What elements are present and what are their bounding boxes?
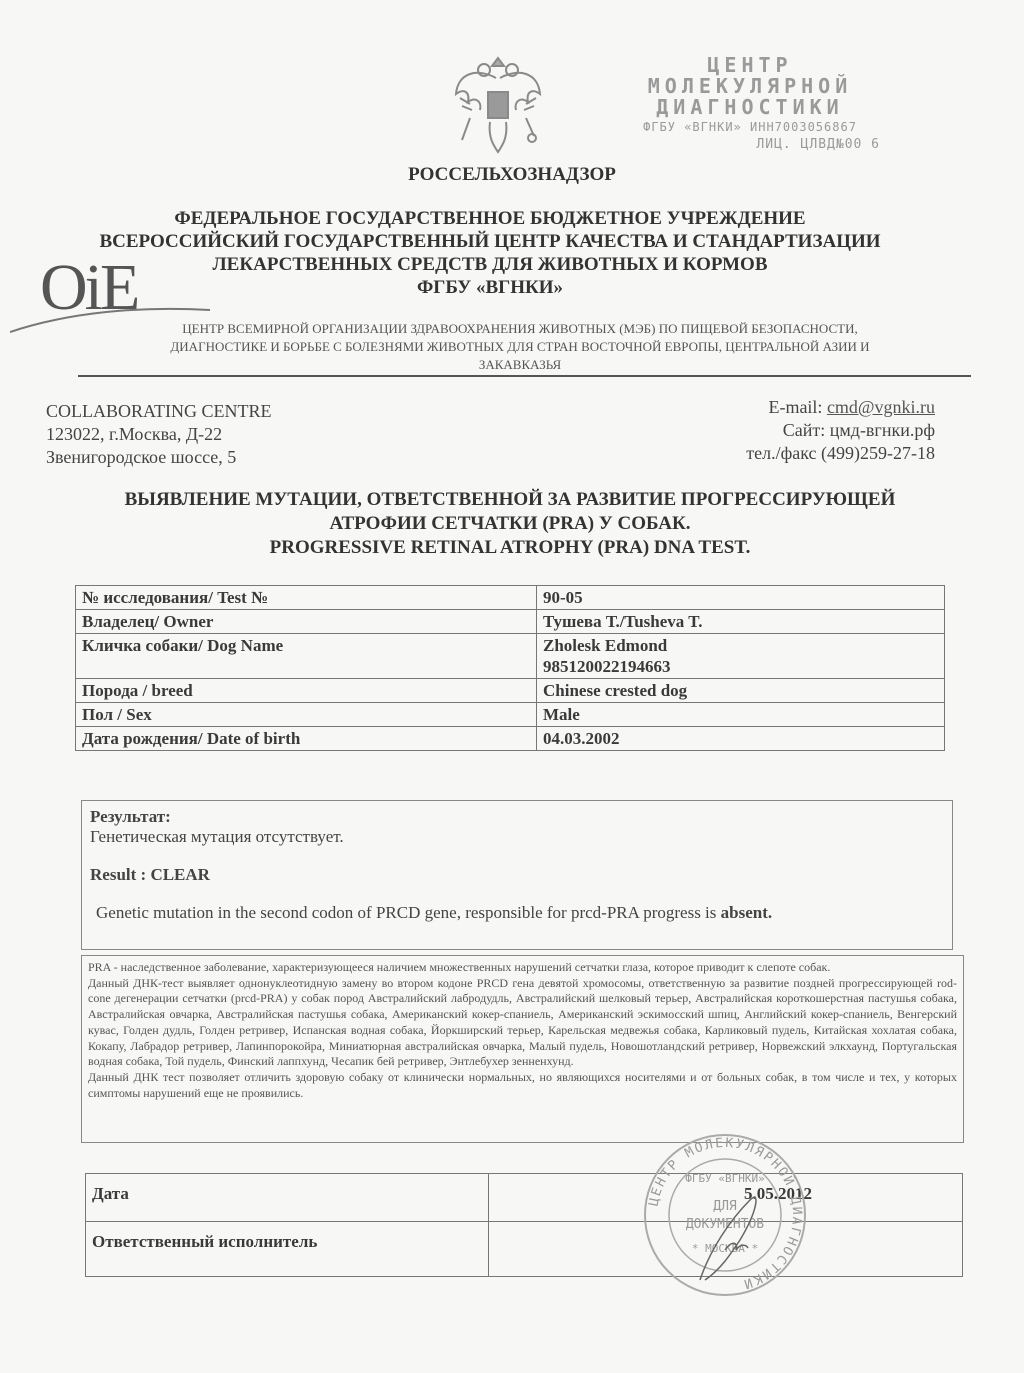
stamp-license: ЛИЦ. ЦЛВД№00 6 (600, 136, 900, 154)
table-row: Пол / SexMale (76, 703, 945, 727)
dog-info-table: № исследования/ Test №90-05 Владелец/ Ow… (75, 585, 945, 751)
center-molecular-diagnostics-stamp: ЦЕНТР МОЛЕКУЛЯРНОЙ ДИАГНОСТИКИ ФГБУ «ВГН… (600, 55, 900, 154)
result-text-en-body: Genetic mutation in the second codon of … (96, 903, 721, 922)
email-link[interactable]: cmd@vgnki.ru (827, 397, 935, 417)
institution-line: ВСЕРОССИЙСКИЙ ГОСУДАРСТВЕННЫЙ ЦЕНТР КАЧЕ… (40, 230, 940, 253)
email-label: E-mail: (768, 397, 826, 417)
svg-text:ДЛЯ: ДЛЯ (713, 1199, 737, 1214)
dob-value: 04.03.2002 (537, 727, 945, 751)
result-text-en-bold: absent. (721, 903, 772, 922)
dog-microchip: 985120022194663 (543, 656, 938, 677)
address-block: COLLABORATING CENTRE 123022, г.Москва, Д… (46, 400, 272, 469)
sex-label: Пол / Sex (76, 703, 537, 727)
result-box: Результат: Генетическая мутация отсутств… (81, 800, 953, 950)
table-row: Владелец/ OwnerТушева Т./Tusheva T. (76, 610, 945, 634)
date-label: Дата (86, 1174, 489, 1222)
owner-label: Владелец/ Owner (76, 610, 537, 634)
email-row: E-mail: cmd@vgnki.ru (640, 396, 935, 419)
executor-label: Ответственный исполнитель (86, 1222, 489, 1277)
stamp-line: ДИАГНОСТИКИ (600, 97, 900, 118)
sex-value: Male (537, 703, 945, 727)
result-label-ru: Результат: (90, 807, 944, 827)
phone-fax: тел./факс (499)259-27-18 (640, 442, 935, 465)
result-text-ru: Генетическая мутация отсутствует. (90, 827, 944, 847)
title-line: PROGRESSIVE RETINAL ATROPHY (PRA) DNA TE… (40, 536, 980, 560)
agency-name: РОССЕЛЬХОЗНАДЗОР (0, 164, 1024, 186)
contacts-block: E-mail: cmd@vgnki.ru Сайт: цмд-вгнки.рф … (640, 396, 935, 465)
seal-icon: ЦЕНТР МОЛЕКУЛЯРНОЙ ДИАГНОСТИКИ ДЛЯ ДОКУМ… (640, 1130, 810, 1300)
table-row: Порода / breedChinese crested dog (76, 679, 945, 703)
note-paragraph: PRA - наследственное заболевание, характ… (88, 960, 957, 976)
test-number-value: 90-05 (537, 586, 945, 610)
address-line: 123022, г.Москва, Д-22 (46, 423, 272, 446)
note-paragraph: Данный ДНК-тест выявляет однонуклеотидну… (88, 976, 957, 1070)
result-status: Result : CLEAR (90, 865, 944, 885)
stamp-line: МОЛЕКУЛЯРНОЙ (600, 76, 900, 97)
dog-name: Zholesk Edmond (543, 635, 938, 656)
dog-name-label: Кличка собаки/ Dog Name (76, 634, 537, 679)
title-line: АТРОФИИ СЕТЧАТКИ (PRA) У СОБАК. (40, 512, 980, 536)
pra-note-box: PRA - наследственное заболевание, характ… (81, 955, 964, 1143)
note-paragraph: Данный ДНК тест позволяет отличить здоро… (88, 1070, 957, 1101)
oie-center-description: ЦЕНТР ВСЕМИРНОЙ ОРГАНИЗАЦИИ ЗДРАВООХРАНЕ… (60, 320, 980, 374)
signature-table: Дата5.05.2012 Ответственный исполнитель (85, 1173, 963, 1277)
document-title: ВЫЯВЛЕНИЕ МУТАЦИИ, ОТВЕТСТВЕННОЙ ЗА РАЗВ… (40, 488, 980, 560)
table-row: Дата5.05.2012 (86, 1174, 963, 1222)
breed-label: Порода / breed (76, 679, 537, 703)
oie-logo: OiE (40, 258, 200, 328)
owner-value: Тушева Т./Tusheva T. (537, 610, 945, 634)
stamp-inn: ФГБУ «ВГНКИ» ИНН7003056867 (600, 118, 900, 136)
svg-text:ФГБУ «ВГНКИ»: ФГБУ «ВГНКИ» (685, 1172, 764, 1185)
svg-text:* МОСКВА *: * МОСКВА * (692, 1242, 758, 1255)
round-seal-stamp: ЦЕНТР МОЛЕКУЛЯРНОЙ ДИАГНОСТИКИ ДЛЯ ДОКУМ… (640, 1130, 810, 1300)
russian-coat-of-arms-icon (448, 48, 548, 160)
test-number-label: № исследования/ Test № (76, 586, 537, 610)
dob-label: Дата рождения/ Date of birth (76, 727, 537, 751)
description-line: ЗАКАВКАЗЬЯ (60, 356, 980, 374)
website: Сайт: цмд-вгнки.рф (640, 419, 935, 442)
result-text-en: Genetic mutation in the second codon of … (90, 903, 944, 923)
header-divider (78, 375, 971, 377)
address-line: COLLABORATING CENTRE (46, 400, 272, 423)
description-line: ДИАГНОСТИКЕ И БОРЬБЕ С БОЛЕЗНЯМИ ЖИВОТНЫ… (60, 338, 980, 356)
address-line: Звенигородское шоссе, 5 (46, 446, 272, 469)
table-row: № исследования/ Test №90-05 (76, 586, 945, 610)
description-line: ЦЕНТР ВСЕМИРНОЙ ОРГАНИЗАЦИИ ЗДРАВООХРАНЕ… (60, 320, 980, 338)
table-row: Ответственный исполнитель (86, 1222, 963, 1277)
title-line: ВЫЯВЛЕНИЕ МУТАЦИИ, ОТВЕТСТВЕННОЙ ЗА РАЗВ… (40, 488, 980, 512)
table-row: Кличка собаки/ Dog NameZholesk Edmond985… (76, 634, 945, 679)
table-row: Дата рождения/ Date of birth04.03.2002 (76, 727, 945, 751)
institution-line: ФЕДЕРАЛЬНОЕ ГОСУДАРСТВЕННОЕ БЮДЖЕТНОЕ УЧ… (40, 207, 940, 230)
dog-name-value: Zholesk Edmond985120022194663 (537, 634, 945, 679)
stamp-line: ЦЕНТР (600, 55, 900, 76)
breed-value: Chinese crested dog (537, 679, 945, 703)
